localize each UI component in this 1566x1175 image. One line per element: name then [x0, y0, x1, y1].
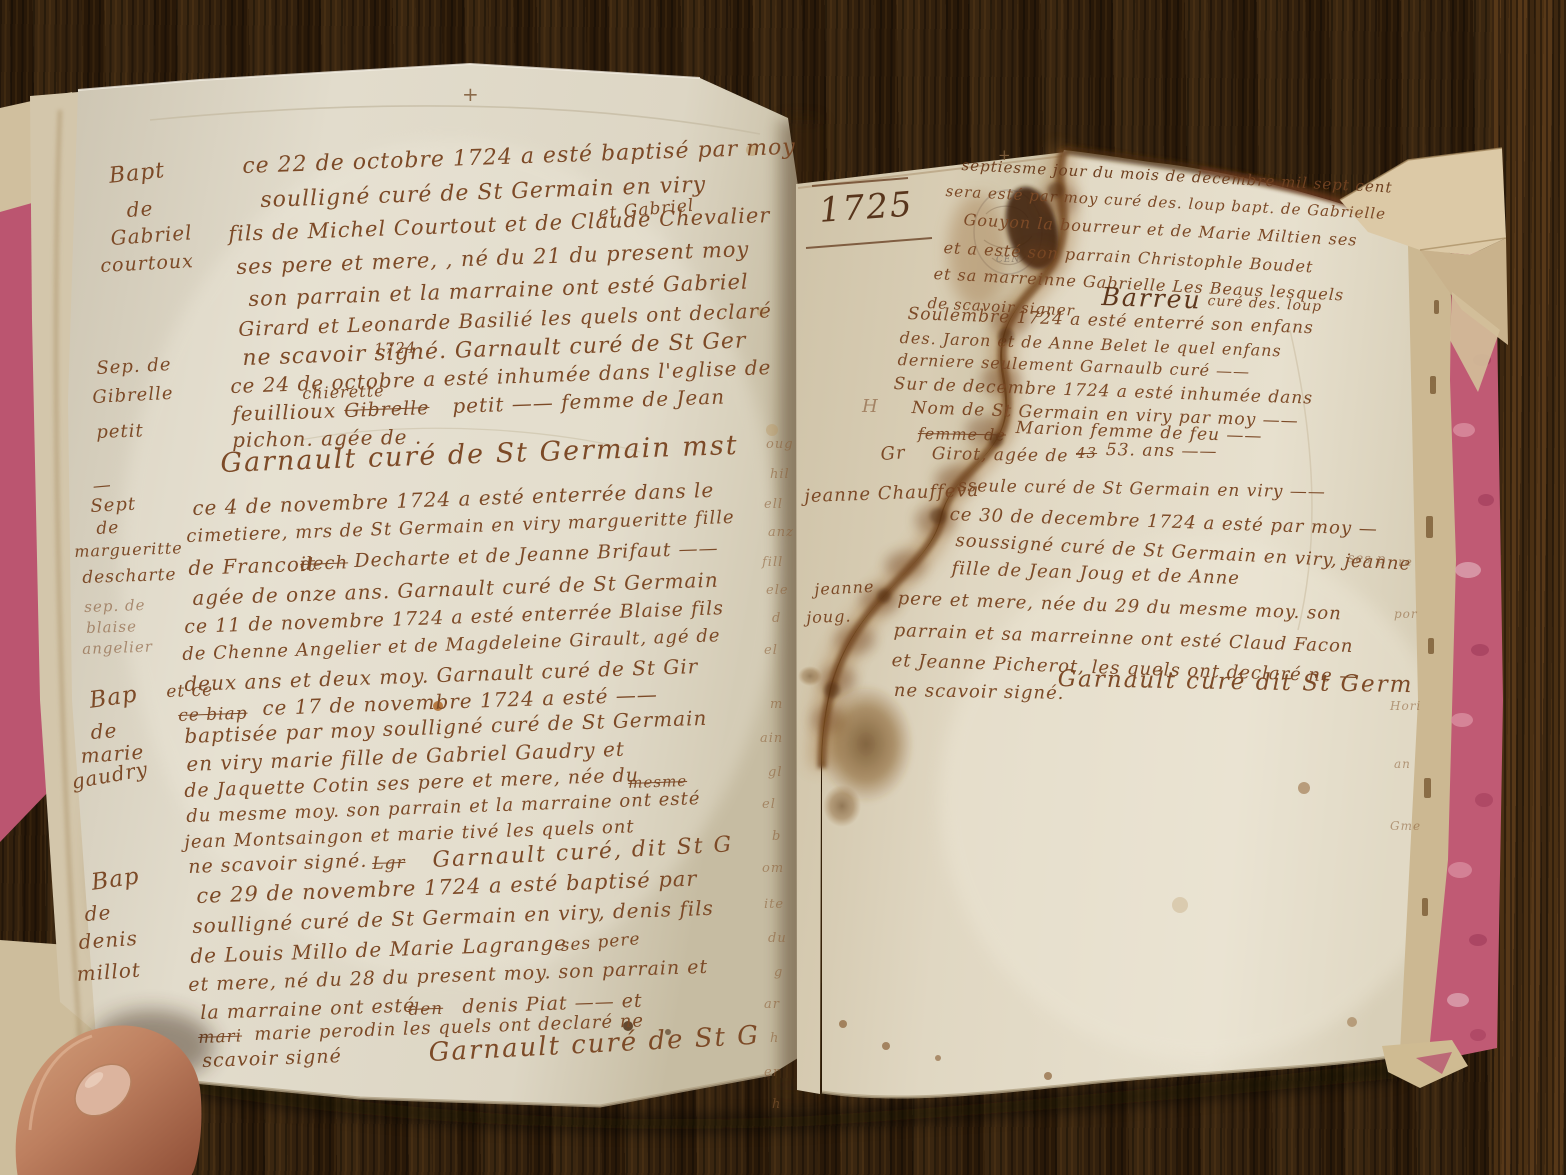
large-stain — [818, 684, 914, 804]
stain-blob — [823, 785, 861, 827]
foreground-artwork — [0, 0, 1566, 1175]
scorch-haze — [812, 184, 1078, 734]
stain-blob-small — [798, 666, 822, 686]
photo-scene: BaptdeGabrielcourtouxSep. deGibrellepeti… — [0, 0, 1566, 1175]
